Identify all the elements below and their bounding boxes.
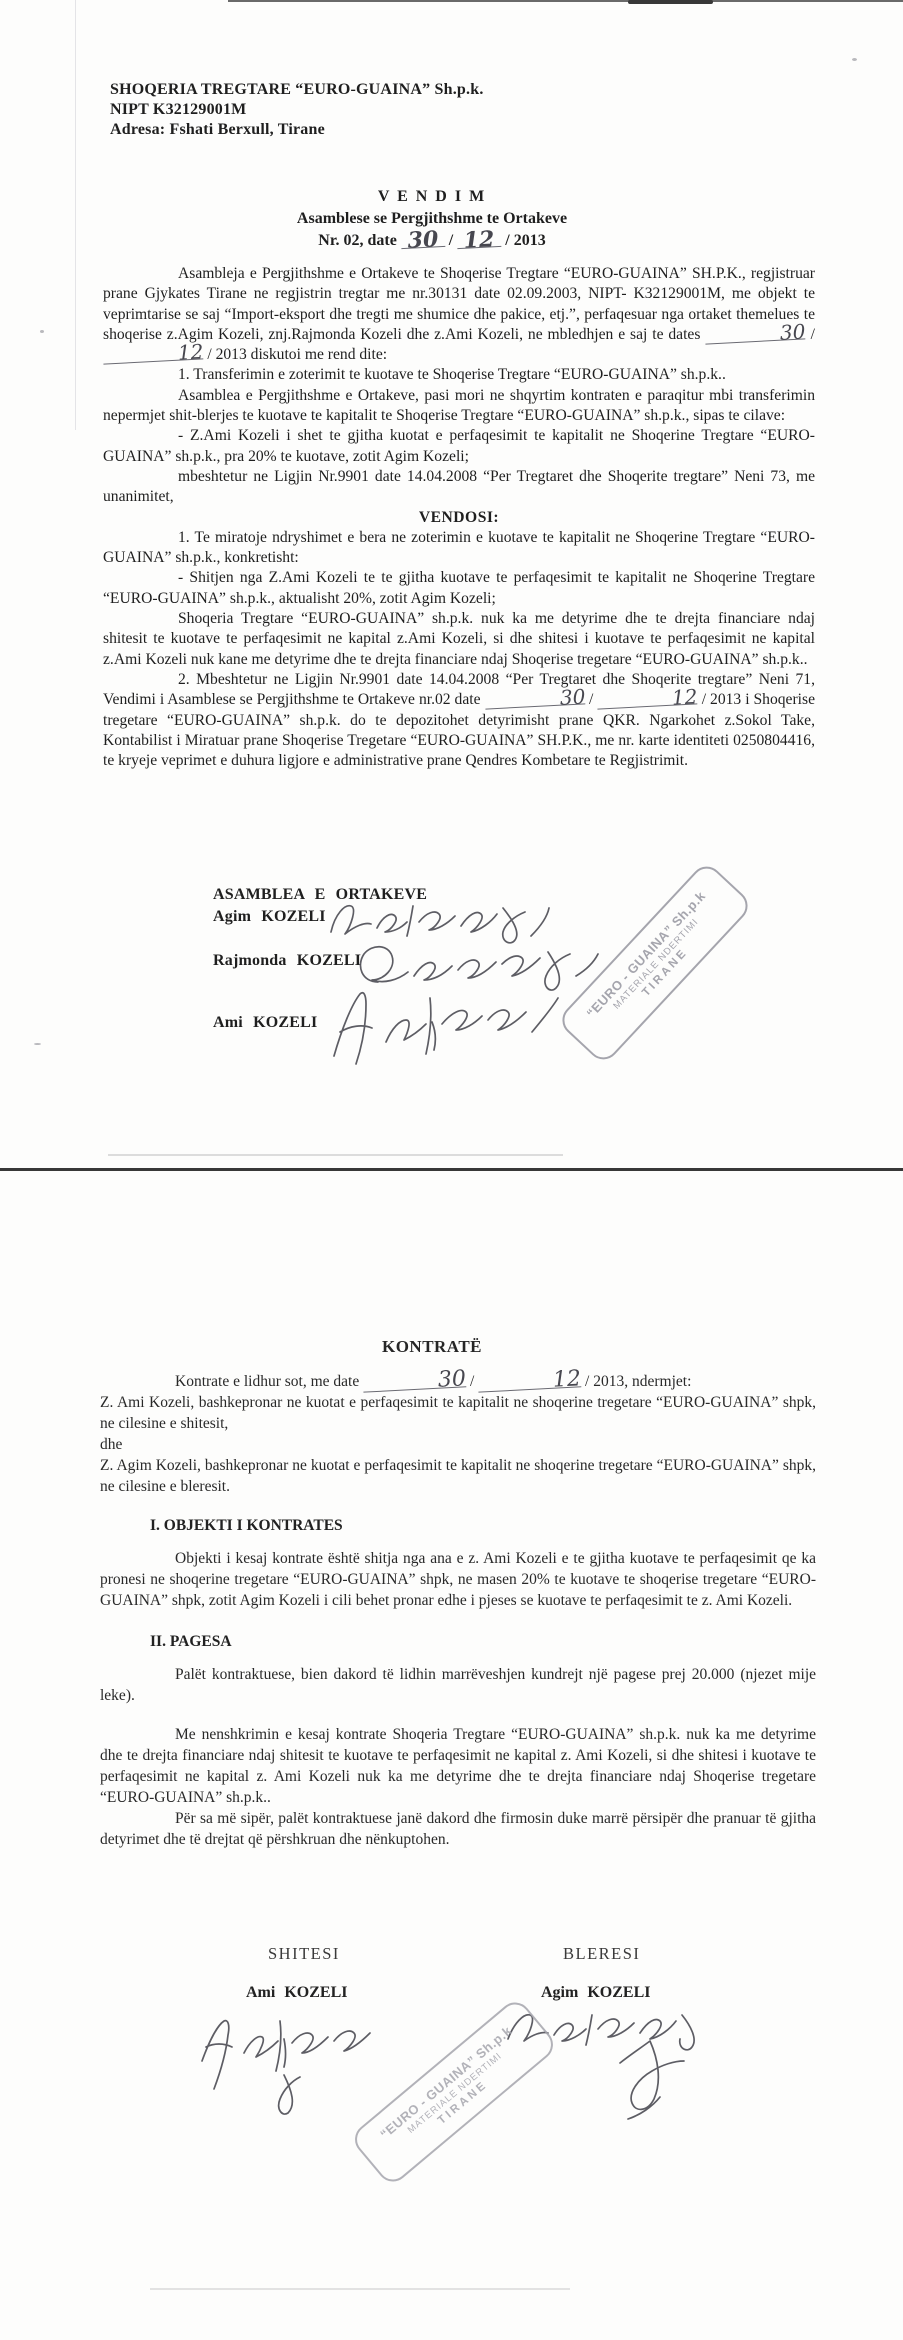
handwritten-month: 12 (597, 690, 698, 710)
paragraph-text: Kontrate e lidhur sot, me date (175, 1373, 359, 1390)
signer-name-ami: Ami KOZELI (213, 1014, 317, 1032)
paragraph-text: / 2013, ndermjet: (585, 1373, 691, 1390)
handwritten-month: 12 (478, 1372, 582, 1392)
section-2-obligations: Me nenshkrimin e kesaj kontrate Shoqeria… (100, 1724, 816, 1808)
ami-kozeli-signature (188, 2013, 403, 2118)
decision-point-1b: Shoqeria Tregtare “EURO-GUAINA” sh.p.k. … (103, 609, 815, 670)
decision-year: / 2013 (505, 232, 545, 249)
decision-title: V E N D I M (0, 186, 864, 208)
party-seller: Z. Ami Kozeli, bashkepronar ne kuotat e … (100, 1392, 816, 1434)
page-1-vendim: SHOQERIA TREGTARE “EURO-GUAINA” Sh.p.k. … (0, 0, 903, 1170)
decision-point-1a: - Shitjen nga Z.Ami Kozeli te te gjitha … (103, 568, 815, 609)
company-header: SHOQERIA TREGTARE “EURO-GUAINA” Sh.p.k. … (110, 80, 484, 140)
contract-intro: Kontrate e lidhur sot, me date 30 / 12 /… (100, 1371, 816, 1392)
handwritten-day: 30 (484, 690, 585, 710)
decision-point-2: 2. Mbeshtetur ne Ligjin Nr.9901 date 14.… (103, 670, 815, 771)
decision-title-block: V E N D I M Asamblese se Pergjithshme te… (0, 186, 864, 252)
handwritten-month: 12 (103, 345, 204, 365)
paragraph-text: / 2013 diskutoi me rend dite: (207, 346, 387, 363)
contract-body: Kontrate e lidhur sot, me date 30 / 12 /… (100, 1371, 816, 1850)
scan-edge-artifact (150, 2288, 570, 2290)
seller-label: SHITESI (268, 1944, 340, 1964)
decision-heading: VENDOSI: (103, 508, 815, 528)
contract-title: KONTRATË (0, 1337, 864, 1357)
date-slash: / (589, 691, 593, 708)
ami-kozeli-signature (322, 984, 572, 1072)
date-slash: / (470, 1373, 474, 1390)
paragraph-preamble: Asambleja e Pergjithshme e Ortakeve te S… (103, 264, 815, 365)
paragraph-review: Asamblea e Pergjithshme e Ortakeve, pasi… (103, 386, 815, 427)
company-nipt: NIPT K32129001M (110, 100, 484, 120)
section-1-heading: I. OBJEKTI I KONTRATES (150, 1515, 816, 1536)
handwritten-day: 30 (705, 324, 806, 344)
handwritten-day: 30 (400, 232, 445, 249)
buyer-label: BLERESI (563, 1944, 640, 1964)
paragraph-sale-item: - Z.Ami Kozeli i shet te gjitha kuotat e… (103, 426, 815, 467)
agenda-item-1: 1. Transferimin e zoterimit te kuotave t… (103, 365, 815, 385)
section-2-heading: II. PAGESA (150, 1631, 816, 1652)
company-name: SHOQERIA TREGTARE “EURO-GUAINA” Sh.p.k. (110, 80, 484, 100)
section-2-closing: Për sa më sipër, palët kontraktuese janë… (100, 1808, 816, 1850)
paragraph-legal-basis: mbeshtetur ne Ligjin Nr.9901 date 14.04.… (103, 467, 815, 508)
page-edge-shadow (108, 1154, 563, 1156)
company-address: Adresa: Fshati Berxull, Tirane (110, 120, 484, 140)
signer-name-rajmonda: Rajmonda KOZELI (213, 952, 361, 970)
signer-name-agim: Agim KOZELI (213, 908, 326, 926)
decision-number-line: Nr. 02, date 30 / 12 / 2013 (0, 230, 864, 252)
decision-point-1: 1. Te miratoje ndryshimet e bera ne zote… (103, 528, 815, 569)
section-1-text: Objekti i kesaj kontrate është shitja ng… (100, 1548, 816, 1611)
seller-name: Ami KOZELI (246, 1984, 347, 2002)
scanned-document: SHOQERIA TREGTARE “EURO-GUAINA” Sh.p.k. … (0, 0, 903, 2340)
conjunction: dhe (100, 1434, 816, 1455)
decision-body: Asambleja e Pergjithshme e Ortakeve te S… (103, 264, 815, 771)
buyer-name: Agim KOZELI (541, 1984, 650, 2002)
handwritten-day: 30 (363, 1372, 467, 1392)
decision-number-prefix: Nr. 02, date (318, 232, 397, 249)
date-slash: / (449, 232, 453, 249)
section-2-payment: Palët kontraktuese, bien dakord të lidhi… (100, 1664, 816, 1706)
date-slash: / (811, 326, 815, 343)
party-buyer: Z. Agim Kozeli, bashkepronar ne kuotat e… (100, 1455, 816, 1497)
handwritten-month: 12 (457, 232, 502, 249)
page-2-kontrate: KONTRATË Kontrate e lidhur sot, me date … (0, 1171, 903, 2340)
